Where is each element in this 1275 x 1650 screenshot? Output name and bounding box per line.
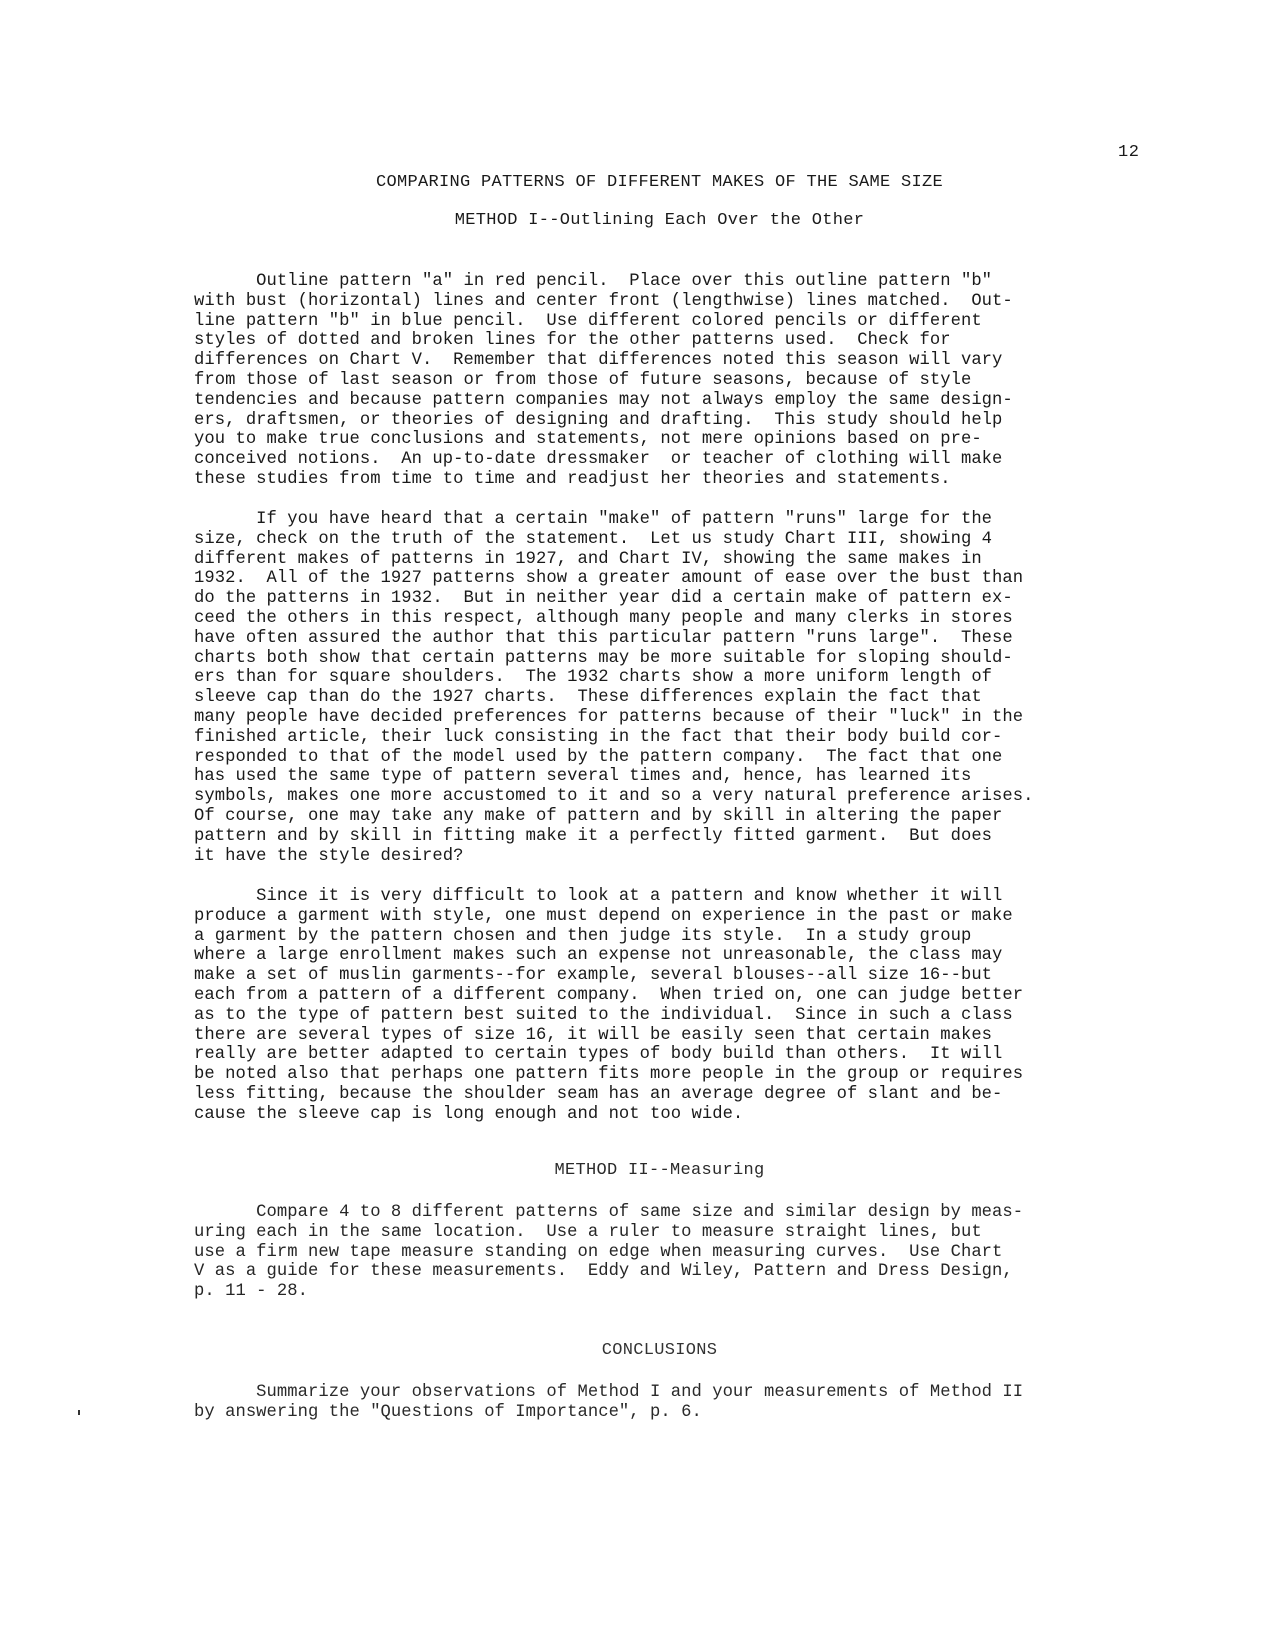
page-number: 12 [1118, 143, 1139, 162]
text-line: If you have heard that a certain "make" … [194, 510, 1154, 530]
text-line: cause the sleeve cap is long enough and … [194, 1105, 1154, 1125]
text-line: Outline pattern "a" in red pencil. Place… [194, 272, 1154, 292]
text-line: use a firm new tape measure standing on … [194, 1243, 1154, 1263]
text-line: Compare 4 to 8 different patterns of sam… [194, 1203, 1154, 1223]
text-line: conceived notions. An up-to-date dressma… [194, 450, 1154, 470]
text-line: there are several types of size 16, it w… [194, 1026, 1154, 1046]
text-line: different makes of patterns in 1927, and… [194, 550, 1154, 570]
text-line: ers than for square shoulders. The 1932 … [194, 668, 1154, 688]
text-line: less fitting, because the shoulder seam … [194, 1085, 1154, 1105]
text-line: p. 11 - 28. [194, 1282, 1154, 1302]
text-line: a garment by the pattern chosen and then… [194, 927, 1154, 947]
text-line: pattern and by skill in fitting make it … [194, 827, 1154, 847]
method-1-heading: METHOD I--Outlining Each Over the Other [22, 211, 1275, 230]
conclusions-heading: CONCLUSIONS [22, 1341, 1275, 1360]
text-line: as to the type of pattern best suited to… [194, 1006, 1154, 1026]
text-line: do the patterns in 1932. But in neither … [194, 589, 1154, 609]
text-line: these studies from time to time and read… [194, 470, 1154, 490]
text-line: produce a garment with style, one must d… [194, 907, 1154, 927]
text-line: sleeve cap than do the 1927 charts. Thes… [194, 688, 1154, 708]
paragraph-measuring: Compare 4 to 8 different patterns of sam… [194, 1203, 1154, 1302]
text-line: finished article, their luck consisting … [194, 728, 1154, 748]
page-title: COMPARING PATTERNS OF DIFFERENT MAKES OF… [22, 173, 1275, 192]
text-line: from those of last season or from those … [194, 371, 1154, 391]
text-line: have often assured the author that this … [194, 629, 1154, 649]
text-line: charts both show that certain patterns m… [194, 649, 1154, 669]
text-line: make a set of muslin garments--for examp… [194, 966, 1154, 986]
text-line: Since it is very difficult to look at a … [194, 887, 1154, 907]
paragraph-pattern-runs-large: If you have heard that a certain "make" … [194, 510, 1154, 866]
text-line: symbols, makes one more accustomed to it… [194, 787, 1154, 807]
text-line: differences on Chart V. Remember that di… [194, 351, 1154, 371]
paragraph-conclusions: Summarize your observations of Method I … [194, 1383, 1154, 1423]
text-line: V as a guide for these measurements. Edd… [194, 1262, 1154, 1282]
text-line: line pattern "b" in blue pencil. Use dif… [194, 312, 1154, 332]
text-line: each from a pattern of a different compa… [194, 986, 1154, 1006]
text-line: 1932. All of the 1927 patterns show a gr… [194, 569, 1154, 589]
text-line: you to make true conclusions and stateme… [194, 430, 1154, 450]
text-line: tendencies and because pattern companies… [194, 391, 1154, 411]
margin-mark [78, 1410, 80, 1415]
text-line: has used the same type of pattern severa… [194, 767, 1154, 787]
text-line: really are better adapted to certain typ… [194, 1045, 1154, 1065]
text-line: where a large enrollment makes such an e… [194, 946, 1154, 966]
text-line: many people have decided preferences for… [194, 708, 1154, 728]
text-line: by answering the "Questions of Importanc… [194, 1403, 1154, 1423]
paragraph-muslin-garments: Since it is very difficult to look at a … [194, 887, 1154, 1125]
text-line: styles of dotted and broken lines for th… [194, 331, 1154, 351]
text-line: be noted also that perhaps one pattern f… [194, 1065, 1154, 1085]
paragraph-outline-instructions: Outline pattern "a" in red pencil. Place… [194, 272, 1154, 490]
text-line: uring each in the same location. Use a r… [194, 1223, 1154, 1243]
text-line: it have the style desired? [194, 847, 1154, 867]
text-line: Summarize your observations of Method I … [194, 1383, 1154, 1403]
text-line: ers, draftsmen, or theories of designing… [194, 411, 1154, 431]
method-2-heading: METHOD II--Measuring [22, 1161, 1275, 1180]
text-line: with bust (horizontal) lines and center … [194, 292, 1154, 312]
text-line: Of course, one may take any make of patt… [194, 807, 1154, 827]
text-line: ceed the others in this respect, althoug… [194, 609, 1154, 629]
text-line: responded to that of the model used by t… [194, 748, 1154, 768]
text-line: size, check on the truth of the statemen… [194, 530, 1154, 550]
